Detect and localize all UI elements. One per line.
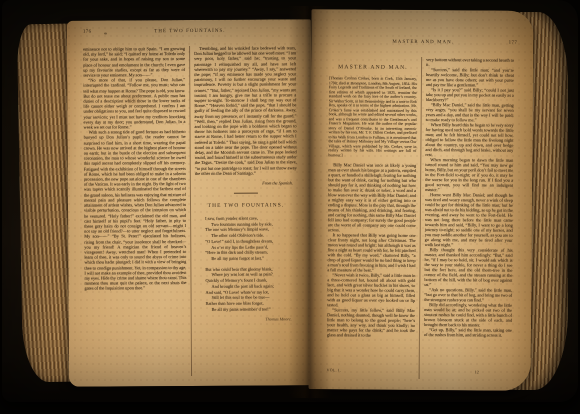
right-column-1-paragraphs: Billy Mac Daniel was once as likely a yo… [327,162,416,338]
story-paragraph: “Ask no questions, Billy,” said the litt… [424,287,512,303]
story-paragraph: “Never wish it twice, Billy,” said a lit… [327,272,415,308]
left-page-header: 176 THE TWO FOUNTAINS. [83,28,297,40]
story-paragraph: “Is it I pay you?” said Billy; “could I … [426,87,514,103]
right-column-1: MASTER AND MAN. [Thomas Crofton Croker, … [327,56,418,379]
left-page: 176 THE TWO FOUNTAINS. eminence not to o… [67,19,313,386]
column-rule [419,57,423,379]
story-paragraph: “No more of that, if you please, Don Jul… [83,77,185,130]
story-paragraph: Billy Mac Daniel was once as likely a yo… [328,162,417,233]
poem-stanza-2: But who could bear that gloomy blank,Whe… [205,266,297,312]
story-paragraph: When Billy heard this he began to be ver… [425,122,513,158]
story-paragraph: “Success,” said the little man; “and you… [426,67,514,88]
right-page-columns: MASTER AND MAN. [Thomas Crofton Croker, … [327,56,518,379]
right-page-header: MASTER AND MAN. 177 [329,39,517,51]
open-book-photo: 176 THE TWO FOUNTAINS. eminence not to o… [0,0,580,414]
story-paragraph: Billy did accordingly, wondering what th… [424,302,512,328]
story-paragraph: Billy thought this very considerate of h… [424,247,512,288]
volume-note: VOL. I. [327,368,341,372]
poem-line: Be all my pains remember’d too!” [206,306,298,312]
story-paragraph: “Get up, Billy,” said the little man, ta… [424,327,512,338]
right-page-number: 177 [509,41,518,46]
left-page-columns: eminence not to oblige him to quit Spain… [83,45,299,376]
story-paragraph: very bottom without ever taking a second… [426,57,514,68]
poem-title: THE TWO FOUNTAINS. [195,202,297,209]
story-paragraph: It so happened that Billy was going home… [327,232,415,273]
column-rule [189,46,192,376]
right-running-head: MASTER AND MAN. [329,39,517,45]
author-bio-note: [Thomas Crofton Croker, born at Cork, 15… [328,76,417,158]
right-page: MASTER AND MAN. 177 MASTER AND MAN. [Tho… [309,9,534,391]
source-attribution: From the Spanish. [195,180,293,186]
left-running-head: THE TWO FOUNTAINS. [83,28,297,34]
right-page-footer: VOL. I. 12 [327,368,515,376]
story-paragraph: With such a strong tide of good fortune … [84,129,187,291]
story-title: MASTER AND MAN. [329,64,417,71]
signature-mark: 12 [475,369,479,374]
right-column-2: very bottom without ever taking a second… [424,57,515,380]
poem-stanza-1: I saw, from yonder silent cave,Two fount… [205,215,297,261]
section-divider-rule [234,193,258,194]
left-column-2-paragraphs: Trembling, and his wrinkled face bedewed… [194,45,297,176]
story-paragraph: Trembling, and his wrinkled face bedewed… [194,45,297,176]
story-paragraph: “Billy Mac Daniel,” said the little man,… [426,102,514,123]
poem-line: Be all my pains forgot at last.” [205,255,297,261]
poem-author-signature: Thomas Moore. [196,317,292,323]
left-column-1: eminence not to oblige him to quit Spain… [83,46,187,377]
story-paragraph: When morning began to dawn the little ma… [425,157,513,193]
story-paragraph: “Success, my little fellow,” said Billy … [327,307,415,338]
story-paragraph: eminence not to oblige him to quit Spain… [83,46,185,78]
left-column-2: Trembling, and his wrinkled face bedewed… [194,45,298,376]
story-paragraph: Home went Billy Mac Daniel; and though h… [425,192,513,248]
